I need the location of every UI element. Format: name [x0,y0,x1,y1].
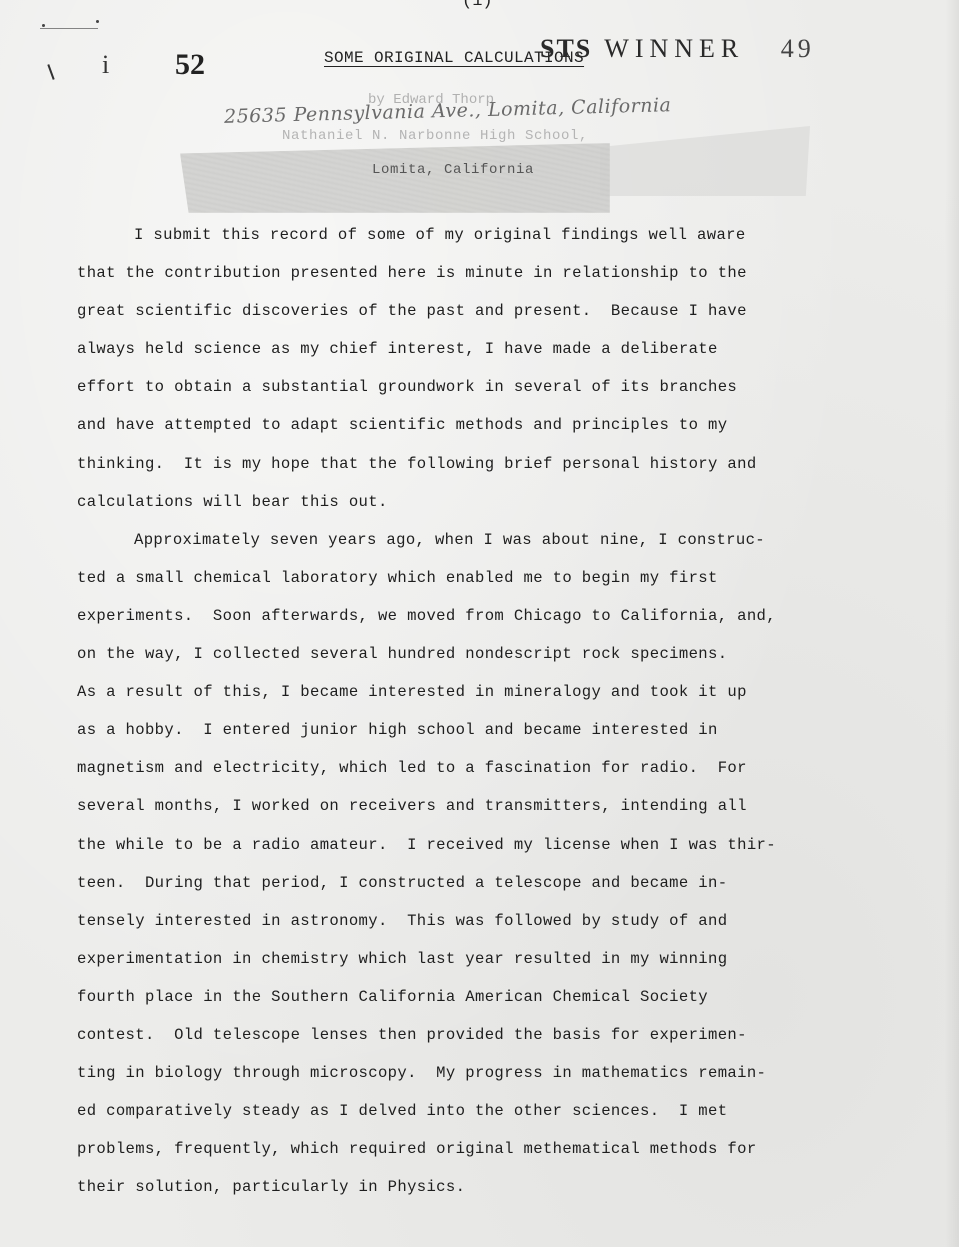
text-line: ting in biology through microscopy. My p… [77,1054,877,1092]
text-line: effort to obtain a substantial groundwor… [77,368,877,406]
text-line: on the way, I collected several hundred … [77,635,877,673]
paragraph: I submit this record of some of my origi… [77,216,877,521]
text-line: and have attempted to adapt scientific m… [77,406,877,444]
text-line: great scientific discoveries of the past… [77,292,877,330]
page-marker: (1) [462,0,493,11]
text-line: experimentation in chemistry which last … [77,940,877,978]
margin-dot [96,20,99,23]
stamp-number: 49 [781,34,815,63]
page-edge-shadow [945,0,959,1247]
text-line: problems, frequently, which required ori… [77,1130,877,1168]
margin-dash [40,28,98,29]
text-line: tensely interested in astronomy. This wa… [77,902,877,940]
text-line: ted a small chemical laboratory which en… [77,559,877,597]
text-line: As a result of this, I became interested… [77,673,877,711]
text-line: ed comparatively steady as I delved into… [77,1092,877,1130]
location: Lomita, California [372,162,534,178]
text-line: teen. During that period, I constructed … [77,864,877,902]
text-line: as a hobby. I entered junior high school… [77,711,877,749]
stamp-prefix: STS [540,34,592,63]
text-line: always held science as my chief interest… [77,330,877,368]
text-line: thinking. It is my hope that the followi… [77,445,877,483]
handwritten-address: 25635 Pennsylvania Ave., Lomita, Califor… [224,94,672,128]
paragraph: Approximately seven years ago, when I wa… [77,521,877,1207]
school-name: Nathaniel N. Narbonne High School, [282,128,588,144]
erasure-patch [180,143,610,213]
body-text: I submit this record of some of my origi… [77,216,877,1206]
text-line: experiments. Soon afterwards, we moved f… [77,597,877,635]
erasure-patch [600,126,810,196]
document-page: (1) i 52 SOME ORIGINAL CALCULATIONS STS … [0,0,959,1247]
entry-number: 52 [175,48,205,82]
stamp-word: WINNER [604,34,744,63]
text-line: several months, I worked on receivers an… [77,787,877,825]
text-line: calculations will bear this out. [77,483,877,521]
margin-tick [47,64,54,80]
text-line: the while to be a radio amateur. I recei… [77,826,877,864]
text-line: contest. Old telescope lenses then provi… [77,1016,877,1054]
margin-dot [42,24,45,27]
text-line: their solution, particularly in Physics. [77,1168,877,1206]
margin-marks: i [40,22,110,92]
text-line: that the contribution presented here is … [77,254,877,292]
text-line: fourth place in the Southern California … [77,978,877,1016]
text-line: magnetism and electricity, which led to … [77,749,877,787]
text-line: Approximately seven years ago, when I wa… [77,521,877,559]
winner-stamp: STS WINNER 49 [540,34,815,64]
text-line: I submit this record of some of my origi… [77,216,877,254]
margin-glyph: i [102,50,109,80]
